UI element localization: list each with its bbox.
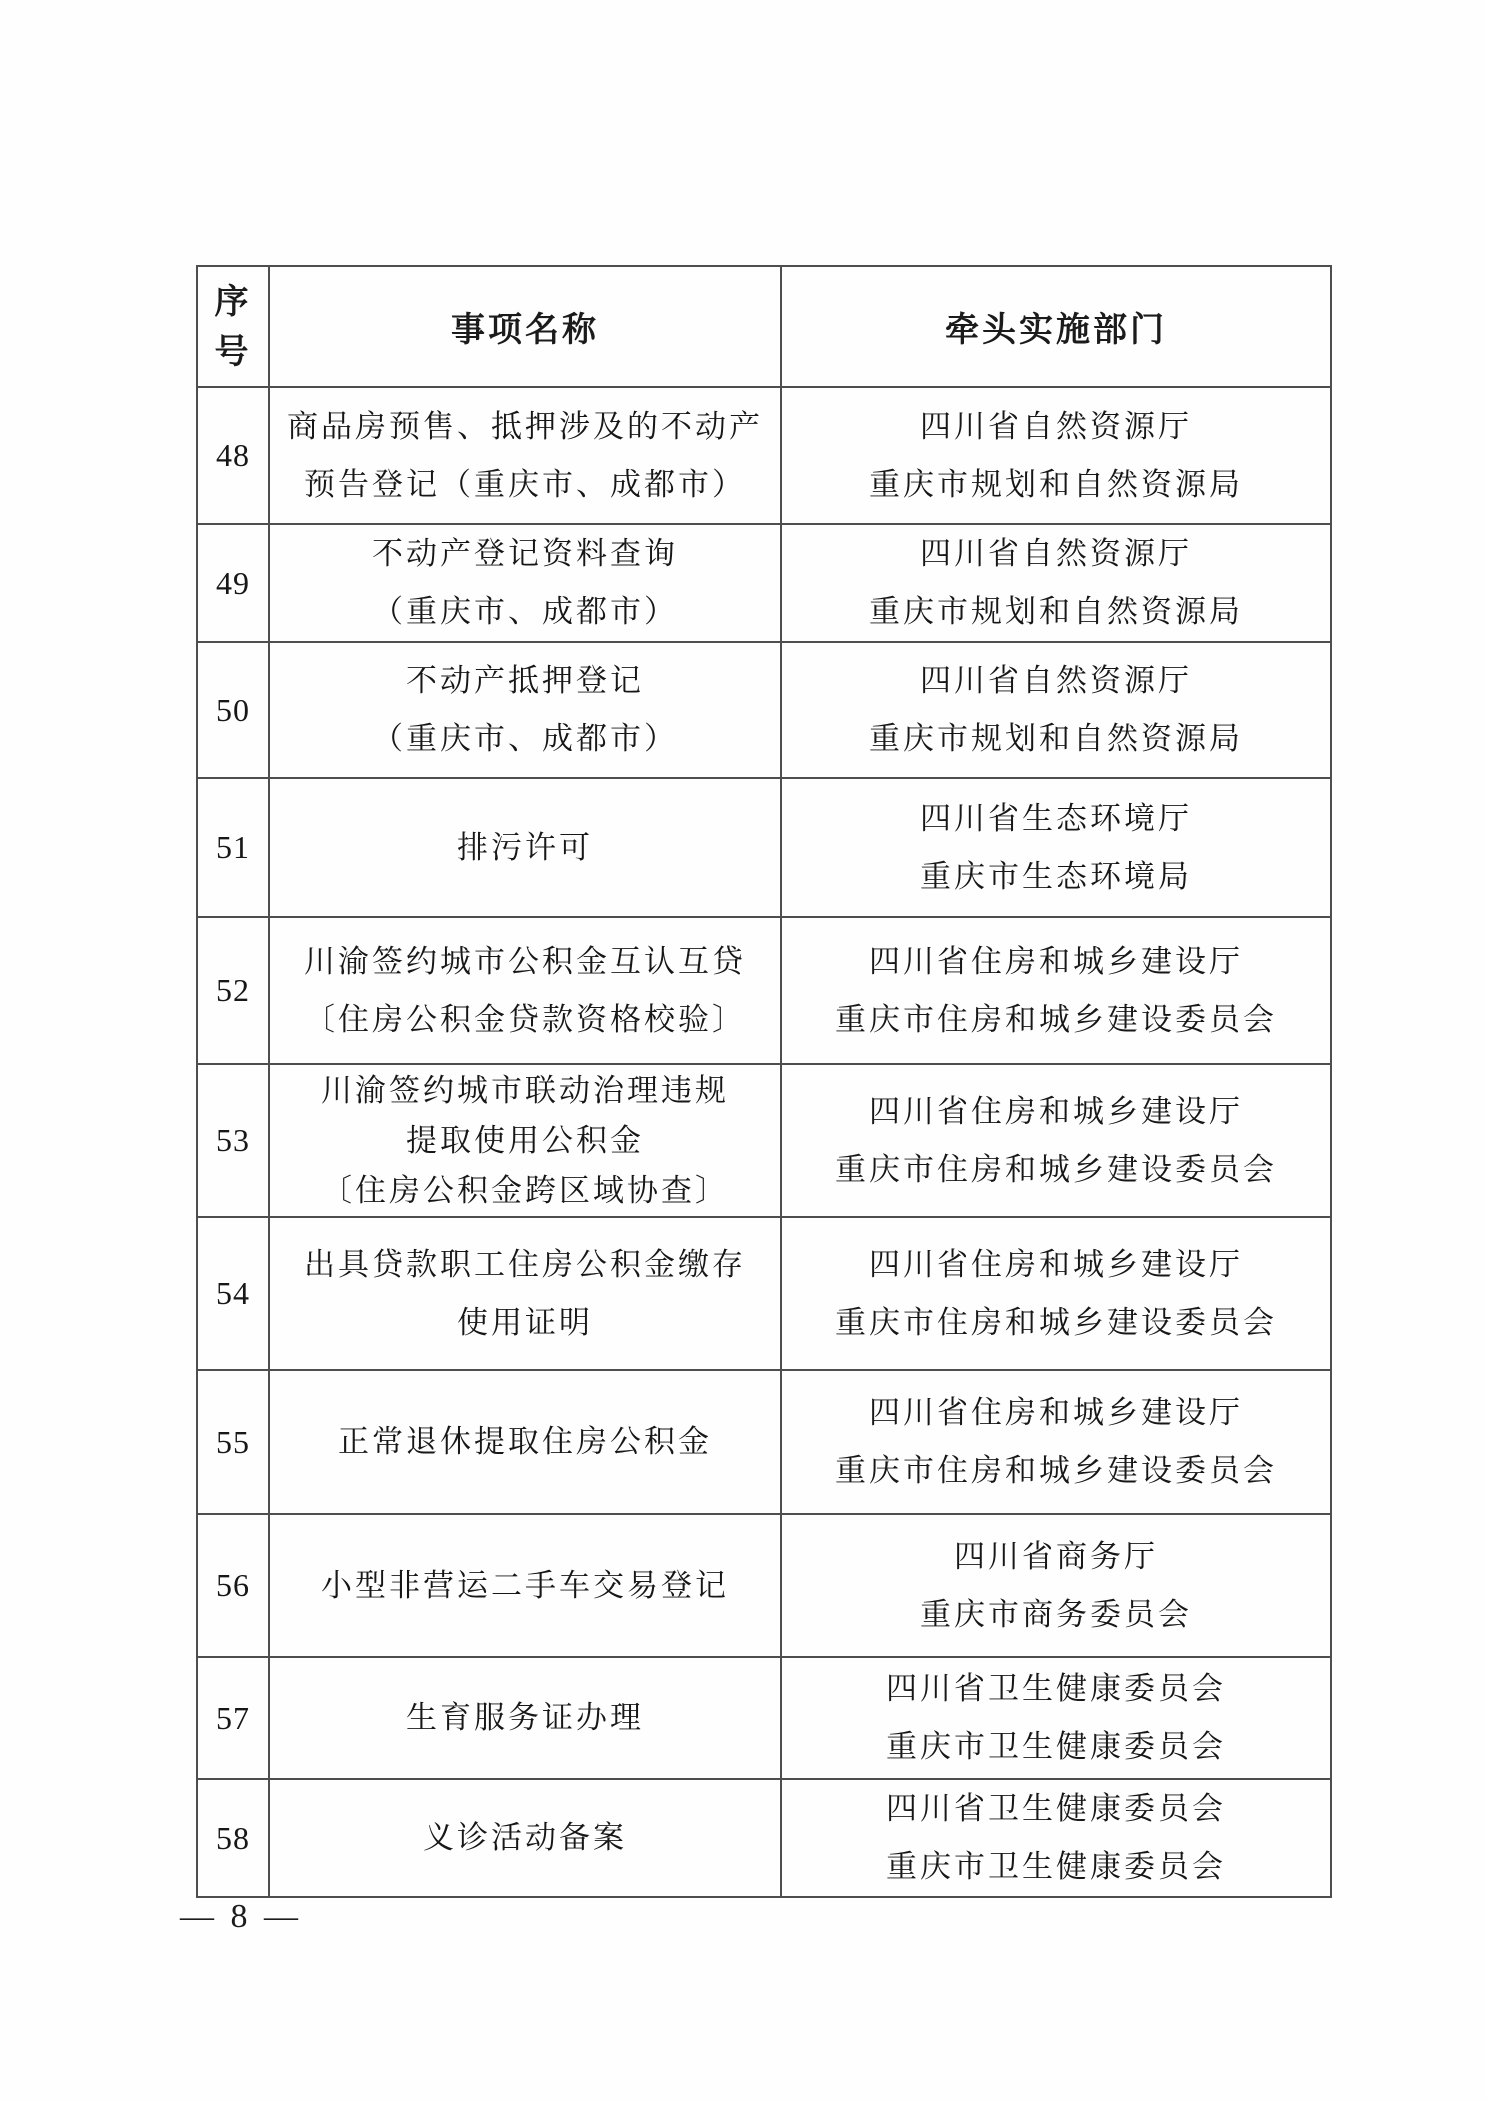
lead-department-cell: 四川省住房和城乡建设厅 重庆市住房和城乡建设委员会 [781, 917, 1331, 1064]
serial-cell: 56 [197, 1514, 269, 1657]
department-line: 四川省住房和城乡建设厅 [782, 933, 1330, 991]
item-name-cell: 正常退休提取住房公积金 [269, 1370, 781, 1514]
department-line: 重庆市生态环境局 [782, 848, 1330, 906]
table-row: 58 义诊活动备案 四川省卫生健康委员会 重庆市卫生健康委员会 [197, 1779, 1331, 1897]
items-table: 序 号 事项名称 牵头实施部门 48 商品房预售、抵押涉及的不动产 预告登记（重… [196, 265, 1332, 1898]
table-row: 56 小型非营运二手车交易登记 四川省商务厅 重庆市商务委员会 [197, 1514, 1331, 1657]
table-row: 51 排污许可 四川省生态环境厅 重庆市生态环境局 [197, 778, 1331, 917]
department-line: 重庆市住房和城乡建设委员会 [782, 1141, 1330, 1199]
lead-department-cell: 四川省商务厅 重庆市商务委员会 [781, 1514, 1331, 1657]
lead-department-cell: 四川省卫生健康委员会 重庆市卫生健康委员会 [781, 1779, 1331, 1897]
lead-department-cell: 四川省自然资源厅 重庆市规划和自然资源局 [781, 642, 1331, 778]
item-name-cell: 川渝签约城市公积金互认互贷 〔住房公积金贷款资格校验〕 [269, 917, 781, 1064]
department-line: 重庆市住房和城乡建设委员会 [782, 1294, 1330, 1352]
department-line: 重庆市卫生健康委员会 [782, 1718, 1330, 1776]
table-row: 55 正常退休提取住房公积金 四川省住房和城乡建设厅 重庆市住房和城乡建设委员会 [197, 1370, 1331, 1514]
lead-department-cell: 四川省生态环境厅 重庆市生态环境局 [781, 778, 1331, 917]
department-line: 四川省住房和城乡建设厅 [782, 1236, 1330, 1294]
document-page: 序 号 事项名称 牵头实施部门 48 商品房预售、抵押涉及的不动产 预告登记（重… [0, 0, 1487, 2102]
item-name-cell: 生育服务证办理 [269, 1657, 781, 1779]
item-name-line: 〔住房公积金跨区域协查〕 [270, 1166, 780, 1216]
item-name-line: 使用证明 [270, 1294, 780, 1352]
department-line: 四川省自然资源厅 [782, 652, 1330, 710]
header-serial-line: 序 [198, 277, 268, 327]
item-name-line: 川渝签约城市公积金互认互贷 [270, 933, 780, 991]
item-name-line: 预告登记（重庆市、成都市） [270, 456, 780, 514]
serial-cell: 51 [197, 778, 269, 917]
department-line: 四川省卫生健康委员会 [782, 1780, 1330, 1838]
item-name-line: 商品房预售、抵押涉及的不动产 [270, 398, 780, 456]
item-name-line: 出具贷款职工住房公积金缴存 [270, 1236, 780, 1294]
serial-cell: 50 [197, 642, 269, 778]
serial-cell: 49 [197, 524, 269, 642]
table-row: 48 商品房预售、抵押涉及的不动产 预告登记（重庆市、成都市） 四川省自然资源厅… [197, 387, 1331, 524]
serial-cell: 53 [197, 1064, 269, 1217]
item-name-cell: 商品房预售、抵押涉及的不动产 预告登记（重庆市、成都市） [269, 387, 781, 524]
header-serial-line: 号 [198, 327, 268, 377]
lead-department-cell: 四川省住房和城乡建设厅 重庆市住房和城乡建设委员会 [781, 1370, 1331, 1514]
department-line: 重庆市规划和自然资源局 [782, 456, 1330, 514]
item-name-cell: 不动产抵押登记 （重庆市、成都市） [269, 642, 781, 778]
item-name-line: 生育服务证办理 [270, 1689, 780, 1747]
item-name-cell: 义诊活动备案 [269, 1779, 781, 1897]
item-name-line: 排污许可 [270, 819, 780, 877]
department-line: 四川省自然资源厅 [782, 398, 1330, 456]
lead-department-cell: 四川省住房和城乡建设厅 重庆市住房和城乡建设委员会 [781, 1217, 1331, 1370]
item-name-line: 小型非营运二手车交易登记 [270, 1557, 780, 1615]
item-name-line: （重庆市、成都市） [270, 710, 780, 768]
item-name-line: 义诊活动备案 [270, 1809, 780, 1867]
item-name-cell: 川渝签约城市联动治理违规 提取使用公积金 〔住房公积金跨区域协查〕 [269, 1064, 781, 1217]
serial-cell: 54 [197, 1217, 269, 1370]
department-line: 四川省住房和城乡建设厅 [782, 1083, 1330, 1141]
lead-department-cell: 四川省住房和城乡建设厅 重庆市住房和城乡建设委员会 [781, 1064, 1331, 1217]
department-line: 四川省生态环境厅 [782, 790, 1330, 848]
table-row: 57 生育服务证办理 四川省卫生健康委员会 重庆市卫生健康委员会 [197, 1657, 1331, 1779]
department-line: 重庆市住房和城乡建设委员会 [782, 1442, 1330, 1500]
table-row: 53 川渝签约城市联动治理违规 提取使用公积金 〔住房公积金跨区域协查〕 四川省… [197, 1064, 1331, 1217]
header-serial-number: 序 号 [197, 266, 269, 387]
department-line: 四川省自然资源厅 [782, 525, 1330, 583]
table-row: 50 不动产抵押登记 （重庆市、成都市） 四川省自然资源厅 重庆市规划和自然资源… [197, 642, 1331, 778]
table-row: 54 出具贷款职工住房公积金缴存 使用证明 四川省住房和城乡建设厅 重庆市住房和… [197, 1217, 1331, 1370]
item-name-cell: 小型非营运二手车交易登记 [269, 1514, 781, 1657]
header-item-name: 事项名称 [269, 266, 781, 387]
department-line: 四川省卫生健康委员会 [782, 1660, 1330, 1718]
serial-cell: 55 [197, 1370, 269, 1514]
page-number: — 8 — [180, 1898, 302, 1936]
department-line: 重庆市住房和城乡建设委员会 [782, 991, 1330, 1049]
department-line: 重庆市卫生健康委员会 [782, 1838, 1330, 1896]
item-name-line: 〔住房公积金贷款资格校验〕 [270, 991, 780, 1049]
department-line: 重庆市规划和自然资源局 [782, 710, 1330, 768]
department-line: 四川省住房和城乡建设厅 [782, 1384, 1330, 1442]
lead-department-cell: 四川省卫生健康委员会 重庆市卫生健康委员会 [781, 1657, 1331, 1779]
item-name-line: （重庆市、成都市） [270, 583, 780, 641]
serial-cell: 58 [197, 1779, 269, 1897]
serial-cell: 48 [197, 387, 269, 524]
header-lead-department: 牵头实施部门 [781, 266, 1331, 387]
table-row: 52 川渝签约城市公积金互认互贷 〔住房公积金贷款资格校验〕 四川省住房和城乡建… [197, 917, 1331, 1064]
item-name-cell: 排污许可 [269, 778, 781, 917]
serial-cell: 57 [197, 1657, 269, 1779]
table-header-row: 序 号 事项名称 牵头实施部门 [197, 266, 1331, 387]
item-name-line: 提取使用公积金 [270, 1116, 780, 1166]
item-name-line: 川渝签约城市联动治理违规 [270, 1066, 780, 1116]
department-line: 重庆市商务委员会 [782, 1586, 1330, 1644]
item-name-line: 不动产登记资料查询 [270, 525, 780, 583]
serial-cell: 52 [197, 917, 269, 1064]
lead-department-cell: 四川省自然资源厅 重庆市规划和自然资源局 [781, 387, 1331, 524]
department-line: 四川省商务厅 [782, 1528, 1330, 1586]
lead-department-cell: 四川省自然资源厅 重庆市规划和自然资源局 [781, 524, 1331, 642]
department-line: 重庆市规划和自然资源局 [782, 583, 1330, 641]
item-name-cell: 出具贷款职工住房公积金缴存 使用证明 [269, 1217, 781, 1370]
item-name-line: 正常退休提取住房公积金 [270, 1413, 780, 1471]
item-name-line: 不动产抵押登记 [270, 652, 780, 710]
table-row: 49 不动产登记资料查询 （重庆市、成都市） 四川省自然资源厅 重庆市规划和自然… [197, 524, 1331, 642]
item-name-cell: 不动产登记资料查询 （重庆市、成都市） [269, 524, 781, 642]
